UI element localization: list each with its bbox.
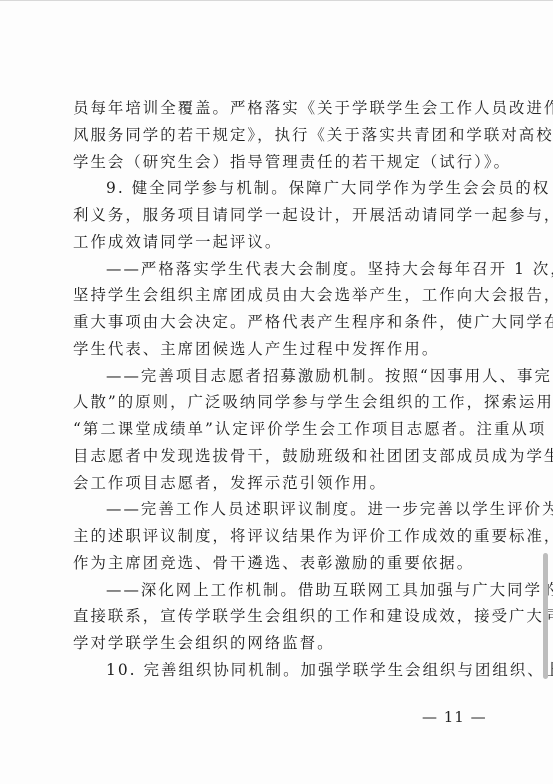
text-line: 员每年培训全覆盖。严格落实《关于学联学生会工作人员改进作 <box>73 95 483 122</box>
text-line: 风服务同学的若干规定》，执行《关于落实共青团和学联对高校 <box>73 122 483 149</box>
section-heading-10: 10. 完善组织协同机制。加强学联学生会组织与团组织、上 <box>73 657 483 684</box>
text-line: 学生会（研究生会）指导管理责任的若干规定（试行）》。 <box>73 149 483 176</box>
text-line: 学生代表、主席团候选人产生过程中发挥作用。 <box>73 336 483 363</box>
text-line: 作为主席团竞选、骨干遴选、表彰激励的重要依据。 <box>73 550 483 577</box>
text-line: 人散”的原则，广泛吸纳同学参与学生会组织的工作，探索运用 <box>73 389 483 416</box>
text-line: ——深化网上工作机制。借助互联网工具加强与广大同学的 <box>73 577 483 604</box>
top-border <box>0 0 553 1</box>
text-line: ——完善项目志愿者招募激励机制。按照“因事用人、事完 <box>73 363 483 390</box>
vertical-scrollbar[interactable] <box>543 553 548 679</box>
document-page: 员每年培训全覆盖。严格落实《关于学联学生会工作人员改进作 风服务同学的若干规定》… <box>73 95 483 684</box>
text-line: 目志愿者中发现选拔骨干，鼓励班级和社团团支部成员成为学生 <box>73 443 483 470</box>
text-line: 学对学联学生会组织的网络监督。 <box>73 630 483 657</box>
text-line: 直接联系，宣传学联学生会组织的工作和建设成效，接受广大同 <box>73 603 483 630</box>
text-line: ——严格落实学生代表大会制度。坚持大会每年召开 1 次， <box>73 256 483 283</box>
text-line: 主的述职评议制度，将评议结果作为评价工作成效的重要标准， <box>73 523 483 550</box>
page-number: — 11 — <box>422 708 487 726</box>
text-line: 坚持学生会组织主席团成员由大会选举产生，工作向大会报告， <box>73 282 483 309</box>
text-line: 工作成效请同学一起评议。 <box>73 229 483 256</box>
text-line: ——完善工作人员述职评议制度。进一步完善以学生评价为 <box>73 496 483 523</box>
text-line: 重大事项由大会决定。严格代表产生程序和条件，使广大同学在 <box>73 309 483 336</box>
text-line: 利义务，服务项目请同学一起设计，开展活动请同学一起参与， <box>73 202 483 229</box>
text-line: “第二课堂成绩单”认定评价学生会工作项目志愿者。注重从项 <box>73 416 483 443</box>
section-heading-9: 9. 健全同学参与机制。保障广大同学作为学生会会员的权 <box>73 175 483 202</box>
text-line: 会工作项目志愿者，发挥示范引领作用。 <box>73 470 483 497</box>
